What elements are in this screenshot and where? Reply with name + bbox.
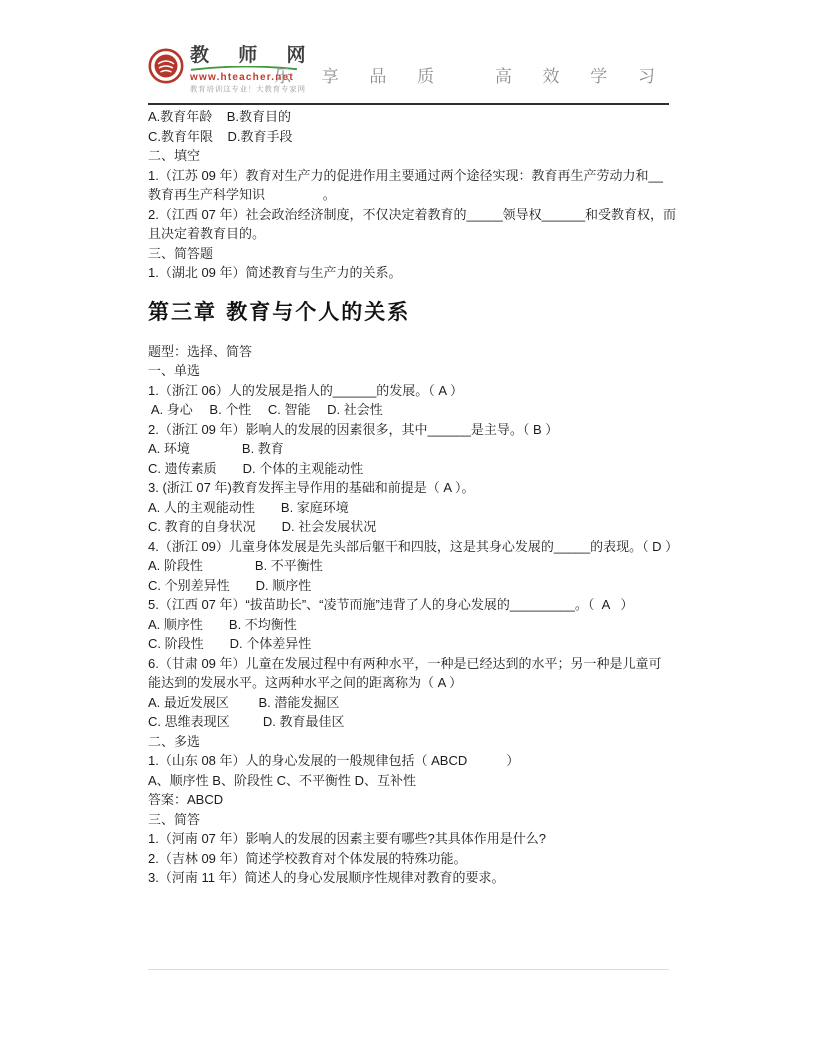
header-slogan: 乐 享 品 质 高 效 学 习 bbox=[274, 62, 668, 87]
text-line: 二、多选 bbox=[148, 732, 708, 752]
text-line: 2.（浙江 09 年）影响人的发展的因素很多，其中______是主导。（ B ） bbox=[148, 420, 708, 440]
svg-text:★: ★ bbox=[164, 56, 169, 62]
text-line: A.教育年龄 B.教育目的 bbox=[148, 107, 708, 127]
text-line: 1.（江苏 09 年）教育对生产力的促进作用主要通过两个途径实现：教育再生产劳动… bbox=[148, 166, 708, 186]
document-page: ★ 教 师 网 www.hteacher.net 教育培训这专业！大教育专家网 … bbox=[0, 0, 816, 1056]
text-line: 三、简答 bbox=[148, 810, 708, 830]
text-line: C. 教育的自身状况 D. 社会发展状况 bbox=[148, 517, 708, 537]
text-line: C. 思维表现区 D. 教育最佳区 bbox=[148, 712, 708, 732]
seal-icon: ★ bbox=[148, 48, 184, 84]
text-line: 1.（浙江 06）人的发展是指人的______的发展。（ A ） bbox=[148, 381, 708, 401]
text-line: A. 环境 B. 教育 bbox=[148, 439, 708, 459]
text-line: 教育再生产科学知识 。 bbox=[148, 185, 708, 205]
text-line: C. 个别差异性 D. 顺序性 bbox=[148, 576, 708, 596]
text-line: A. 顺序性 B. 不均衡性 bbox=[148, 615, 708, 635]
text-line: 5.（江西 07 年）“拔苗助长”、“凌节而施”违背了人的身心发展的______… bbox=[148, 595, 708, 615]
footer-divider bbox=[148, 969, 669, 970]
text-line: 1.（河南 07 年）影响人的发展的因素主要有哪些?其具体作用是什么? bbox=[148, 829, 708, 849]
text-line: 4.（浙江 09）儿童身体发展是先头部后躯干和四肢，这是其身心发展的_____的… bbox=[148, 537, 708, 557]
text-line: A. 人的主观能动性 B. 家庭环境 bbox=[148, 498, 708, 518]
text-line: 2.（江西 07 年）社会政治经济制度，不仅决定着教育的_____领导权____… bbox=[148, 205, 708, 225]
text-line: 1.（湖北 09 年）简述教育与生产力的关系。 bbox=[148, 263, 708, 283]
text-line: 一、单选 bbox=[148, 361, 708, 381]
text-line: 且决定着教育目的。 bbox=[148, 224, 708, 244]
document-body: A.教育年龄 B.教育目的C.教育年限 D.教育手段二、填空1.（江苏 09 年… bbox=[148, 107, 708, 888]
text-line: 二、填空 bbox=[148, 146, 708, 166]
text-line: 能达到的发展水平。这两种水平之间的距离称为（ A ） bbox=[148, 673, 708, 693]
text-line: A、顺序性 B、阶段性 C、不平衡性 D、互补性 bbox=[148, 771, 708, 791]
text-line: 6.（甘肃 09 年）儿童在发展过程中有两种水平，一种是已经达到的水平；另一种是… bbox=[148, 654, 708, 674]
text-line: A. 最近发展区 B. 潜能发掘区 bbox=[148, 693, 708, 713]
text-line: 1.（山东 08 年）人的身心发展的一般规律包括（ ABCD ） bbox=[148, 751, 708, 771]
chapter-heading: 第三章 教育与个人的关系 bbox=[148, 297, 708, 327]
text-line: C. 遗传素质 D. 个体的主观能动性 bbox=[148, 459, 708, 479]
text-line: A. 身心 B. 个性 C. 智能 D. 社会性 bbox=[148, 400, 708, 420]
page-header: ★ 教 师 网 www.hteacher.net 教育培训这专业！大教育专家网 … bbox=[148, 46, 668, 96]
text-line: A. 阶段性 B. 不平衡性 bbox=[148, 556, 708, 576]
text-line: C. 阶段性 D. 个体差异性 bbox=[148, 634, 708, 654]
text-line: 题型：选择、简答 bbox=[148, 342, 708, 362]
text-line: 三、简答题 bbox=[148, 244, 708, 264]
text-line: 答案：ABCD bbox=[148, 790, 708, 810]
header-divider bbox=[148, 103, 669, 105]
text-line: C.教育年限 D.教育手段 bbox=[148, 127, 708, 147]
text-line: 3. (浙江 07 年)教育发挥主导作用的基础和前提是（ A ）。 bbox=[148, 478, 708, 498]
text-line: 2.（吉林 09 年）简述学校教育对个体发展的特殊功能。 bbox=[148, 849, 708, 869]
text-line: 3.（河南 11 年）简述人的身心发展顺序性规律对教育的要求。 bbox=[148, 868, 708, 888]
